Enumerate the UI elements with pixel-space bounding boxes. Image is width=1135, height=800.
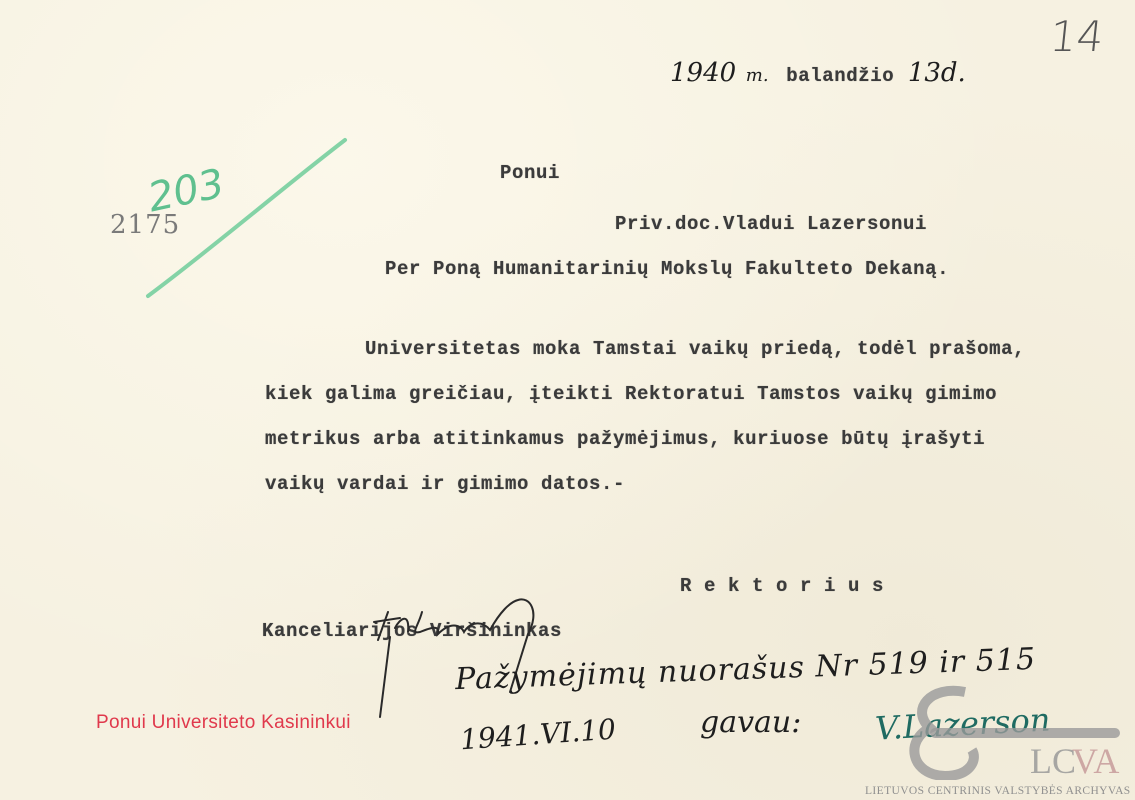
body-line-1: Universitetas moka Tamstai vaikų priedą,… — [365, 338, 1025, 360]
body-line-2: kiek galima greičiau, įteikti Rektoratui… — [265, 383, 997, 405]
addressee-salutation: Ponui — [500, 162, 560, 184]
svg-text:VA: VA — [1072, 741, 1119, 780]
body-line-4: vaikų vardai ir gimimo datos.- — [265, 473, 625, 495]
date-month: balandžio — [786, 65, 894, 87]
chancellery-signature-icon — [360, 582, 570, 722]
addressee-via: Per Poną Humanitarinių Mokslų Fakulteto … — [385, 258, 949, 280]
archive-logo-icon: LC VA — [900, 680, 1135, 780]
archive-caption: LIETUVOS CENTRINIS VALSTYBĖS ARCHYVAS — [865, 785, 1131, 797]
date-line: 1940 m. balandžio 13d. — [670, 58, 966, 88]
body-line-3: metrikus arba atitinkamus pažymėjimus, k… — [265, 428, 985, 450]
page-number: 14 — [1047, 12, 1106, 61]
cashier-stamp: Ponui Universiteto Kasininkui — [96, 712, 351, 734]
rector-label: R e k t o r i u s — [680, 575, 884, 597]
archive-watermark: LC VA LIETUVOS CENTRINIS VALSTYBĖS ARCHY… — [900, 680, 1135, 800]
addressee-name: Priv.doc.Vladui Lazersonui — [615, 213, 927, 235]
date-year: 1940 — [670, 58, 736, 88]
green-pencil-stroke-icon — [140, 130, 360, 305]
date-m: m. — [746, 65, 769, 86]
date-day: 13d. — [908, 58, 966, 88]
receipt-received: gavau: — [700, 705, 801, 740]
svg-text:LC: LC — [1030, 741, 1076, 780]
